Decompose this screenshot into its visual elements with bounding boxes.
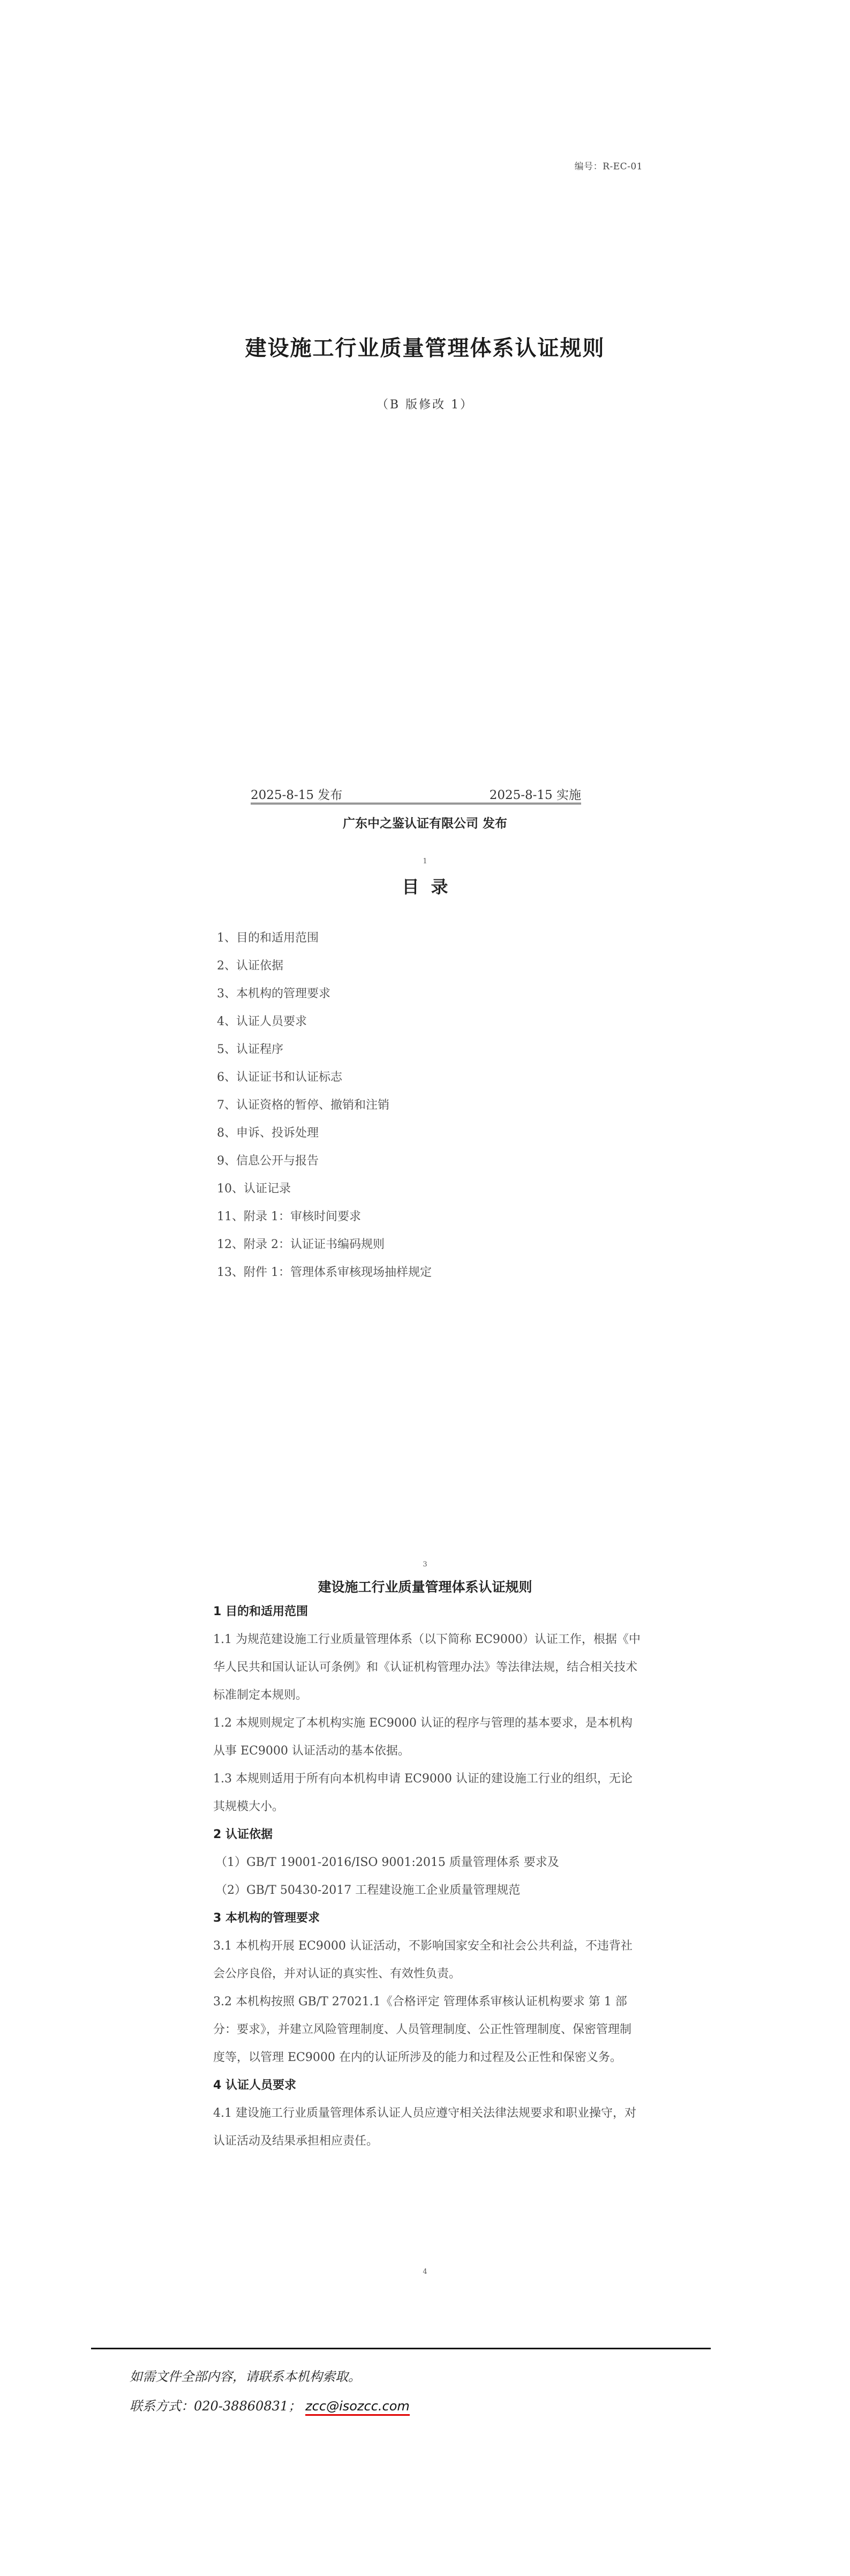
section-certification-basis: 2 认证依据 （1）GB/T 19001-2016/ISO 9001:2015 … (213, 1825, 642, 1909)
paragraph: 4.1 建设施工行业质量管理体系认证人员应遵守相关法律法规要求和职业操守，对认证… (213, 2100, 642, 2160)
footer-note: 如需文件全部内容，请联系本机构索取。 (130, 2366, 361, 2385)
footer-divider (91, 2348, 711, 2349)
section-management-requirements: 3 本机构的管理要求 3.1 本机构开展 EC9000 认证活动，不影响国家安全… (213, 1909, 642, 2076)
standard-item: （2）GB/T 50430-2017 工程建设施工企业质量管理规范 (213, 1877, 642, 1909)
paragraph: 1.2 本规则规定了本机构实施 EC9000 认证的程序与管理的基本要求，是本机… (213, 1709, 642, 1769)
table-of-contents: 1、目的和适用范围 2、认证依据 3、本机构的管理要求 4、认证人员要求 5、认… (217, 929, 592, 1291)
body-title: 建设施工行业质量管理体系认证规则 (0, 1577, 850, 1596)
document-body: 1 目的和适用范围 1.1 为规范建设施工行业质量管理体系（以下简称 EC900… (213, 1602, 642, 2160)
page-number: 3 (0, 1560, 850, 1569)
contact-label: 联系方式：020-38860831； (130, 2395, 301, 2414)
toc-item: 13、附件 1：管理体系审核现场抽样规定 (217, 1263, 592, 1291)
toc-title: 目录 (0, 873, 850, 898)
paragraph: 3.2 本机构按照 GB/T 27021.1《合格评定 管理体系审核认证机构要求… (213, 1988, 642, 2076)
toc-item: 6、认证证书和认证标志 (217, 1068, 592, 1096)
toc-item: 8、申诉、投诉处理 (217, 1124, 592, 1152)
effective-date: 2025-8-15 实施 (490, 785, 581, 803)
release-date: 2025-8-15 发布 (251, 785, 342, 803)
toc-item: 10、认证记录 (217, 1179, 592, 1207)
paragraph: 3.1 本机构开展 EC9000 认证活动，不影响国家安全和社会公共利益，不违背… (213, 1932, 642, 1992)
date-line: 2025-8-15 发布 2025-8-15 实施 (251, 785, 581, 804)
cover-subtitle: （B 版修改 1） (0, 395, 850, 412)
page-number: 1 (0, 857, 850, 865)
section-personnel-requirements: 4 认证人员要求 4.1 建设施工行业质量管理体系认证人员应遵守相关法律法规要求… (213, 2076, 642, 2160)
paragraph: 1.1 为规范建设施工行业质量管理体系（以下简称 EC9000）认证工作，根据《… (213, 1626, 642, 1714)
toc-item: 11、附录 1：审核时间要求 (217, 1207, 592, 1235)
toc-item: 5、认证程序 (217, 1040, 592, 1068)
section-purpose-scope: 1 目的和适用范围 1.1 为规范建设施工行业质量管理体系（以下简称 EC900… (213, 1602, 642, 1825)
standard-item: （1）GB/T 19001-2016/ISO 9001:2015 质量管理体系 … (213, 1849, 642, 1881)
toc-item: 12、附录 2：认证证书编码规则 (217, 1235, 592, 1263)
paragraph: 1.3 本规则适用于所有向本机构申请 EC9000 认证的建设施工行业的组织，无… (213, 1765, 642, 1825)
publisher: 广东中之鉴认证有限公司 发布 (0, 813, 850, 831)
footer-contact: 联系方式：020-38860831； zcc@isozcc.com (130, 2395, 410, 2416)
page-number: 4 (0, 2268, 850, 2276)
cover-title: 建设施工行业质量管理体系认证规则 (0, 331, 850, 362)
email-link[interactable]: zcc@isozcc.com (305, 2399, 410, 2416)
toc-item: 2、认证依据 (217, 957, 592, 984)
document-number: 编号：R-EC-01 (557, 159, 643, 172)
toc-item: 3、本机构的管理要求 (217, 984, 592, 1012)
toc-item: 1、目的和适用范围 (217, 929, 592, 957)
toc-item: 7、认证资格的暂停、撤销和注销 (217, 1096, 592, 1124)
toc-item: 9、信息公开与报告 (217, 1152, 592, 1179)
toc-item: 4、认证人员要求 (217, 1012, 592, 1040)
